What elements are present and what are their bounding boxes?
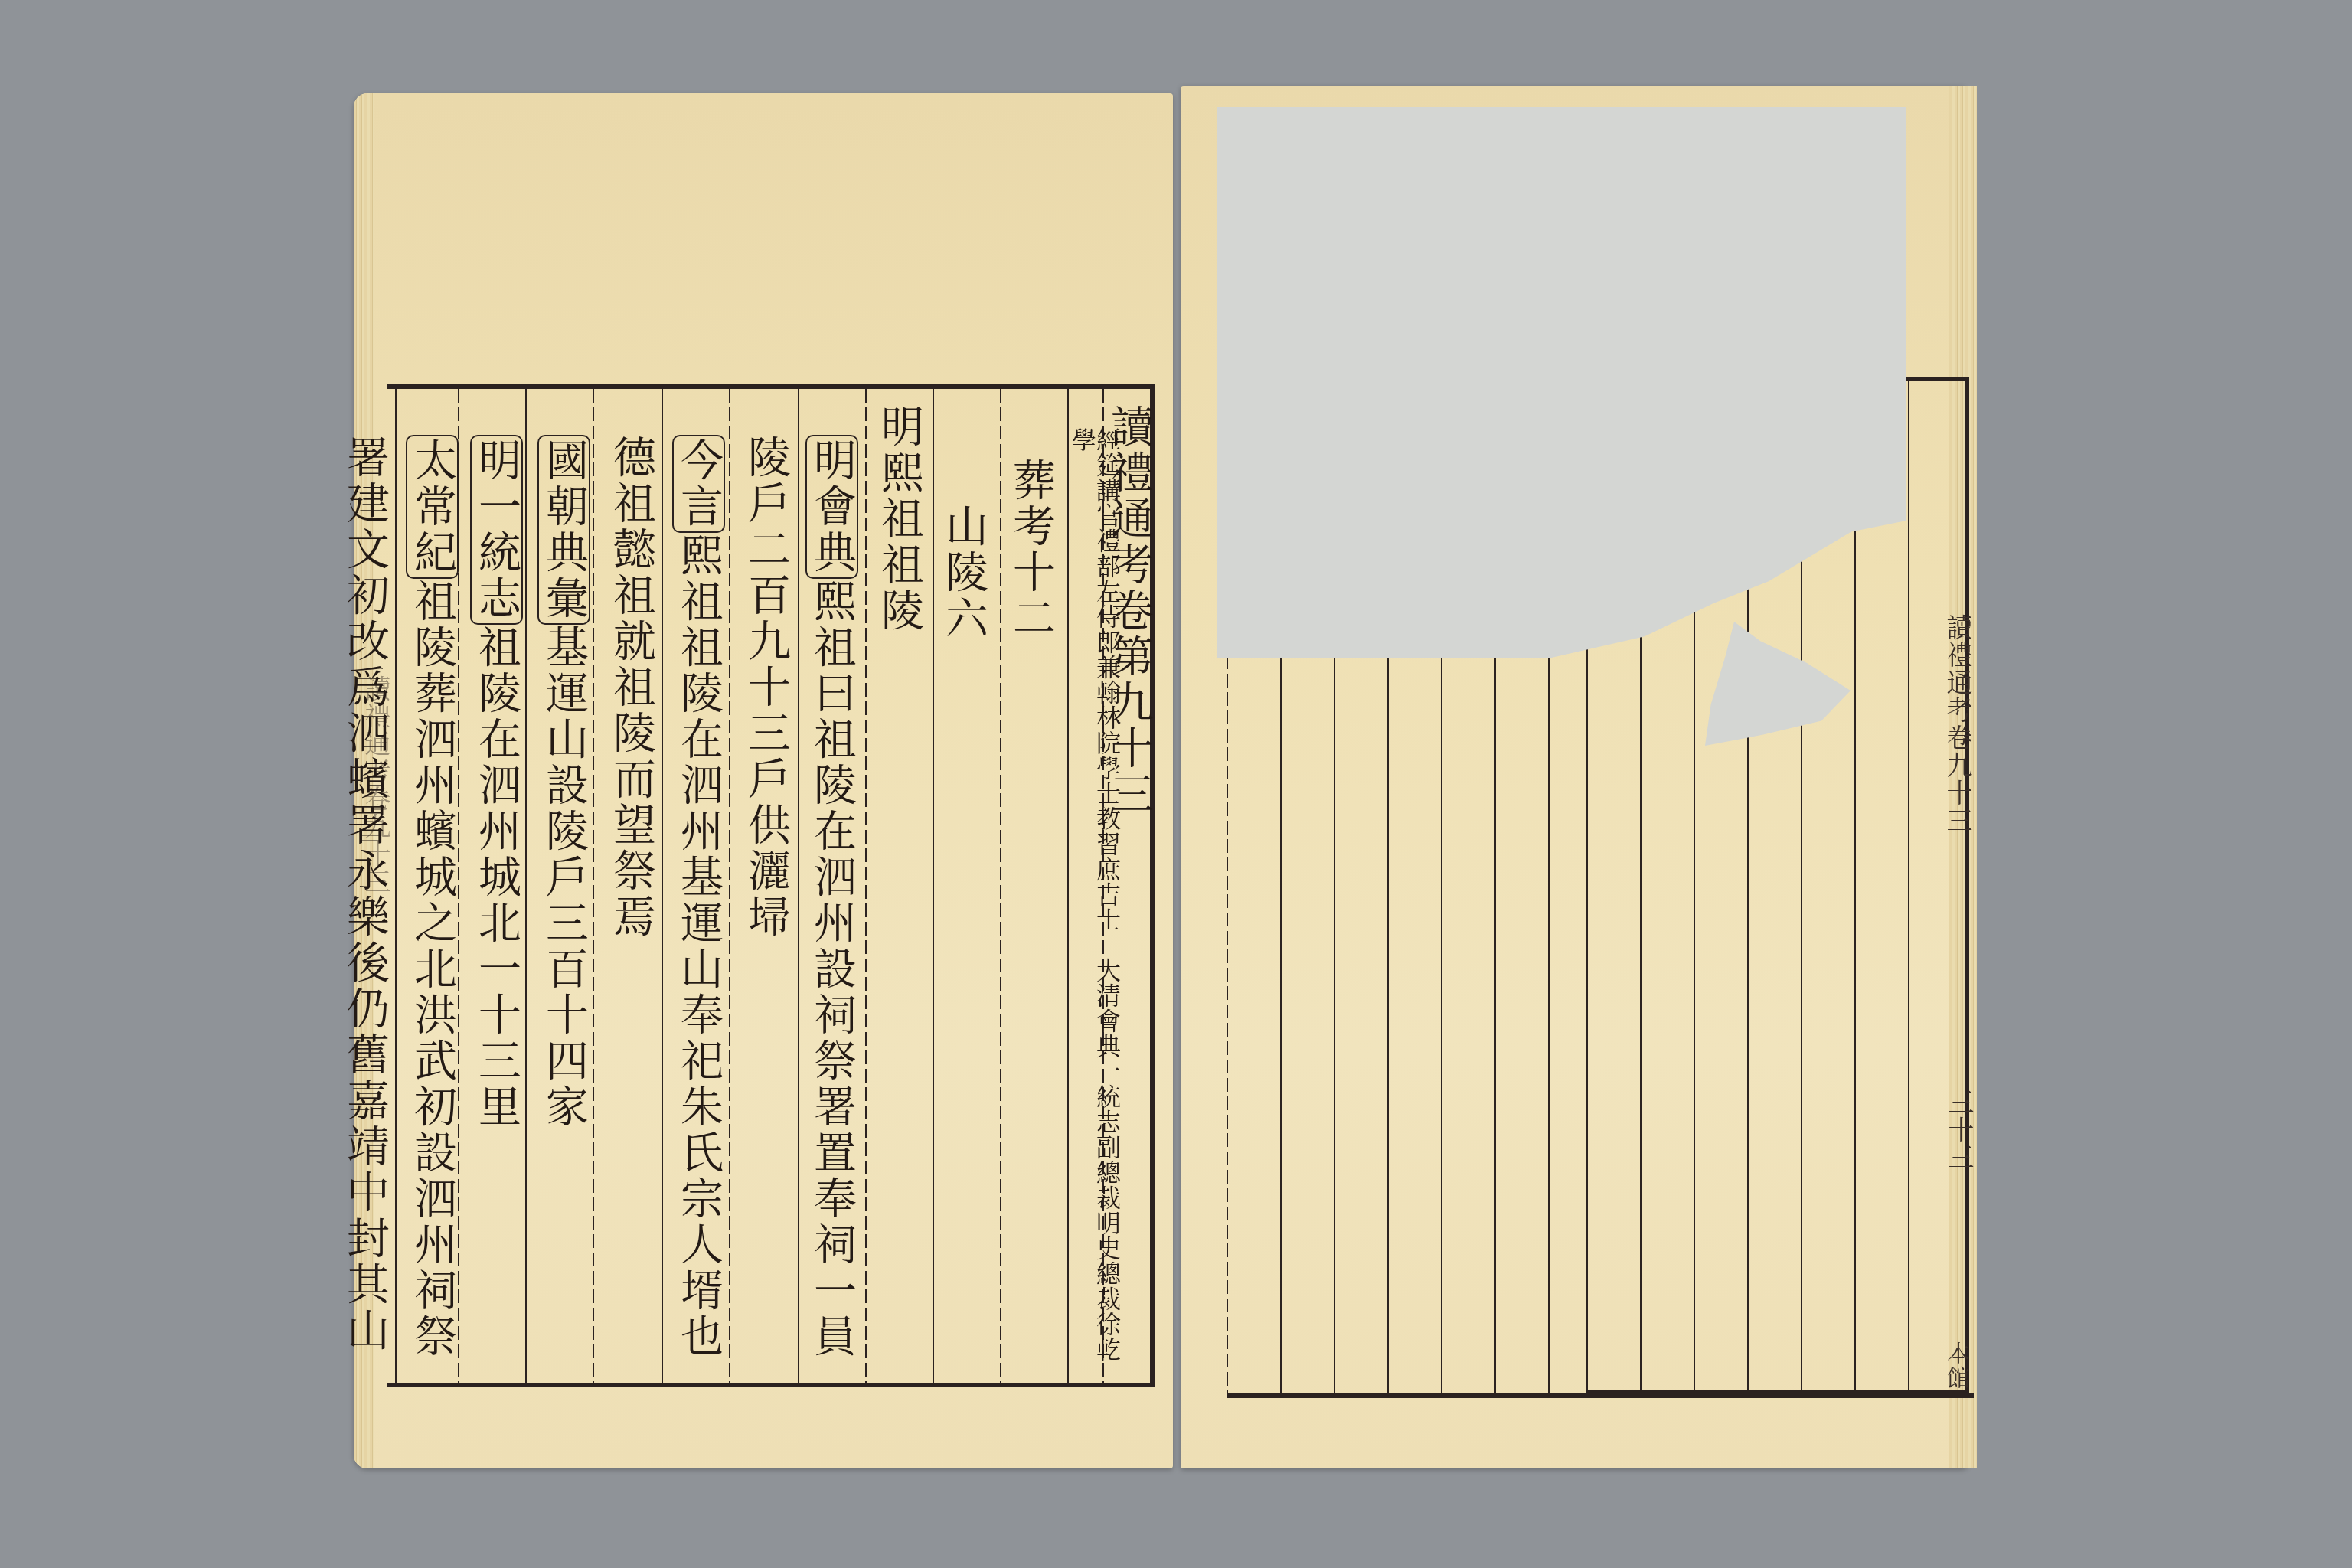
text-frame: 讀禮通考卷第九十三 經筵講官禮部左侍郎兼翰林院學士教習庶吉士 大清會典一統志副總… bbox=[387, 384, 1155, 1387]
section-title: 葬考十二 bbox=[1009, 458, 1052, 642]
source-citation: 明一統志 bbox=[470, 435, 523, 625]
text-column: 署建文初改爲泗蠙署永樂後仍舊嘉靖中封其山 bbox=[343, 435, 386, 1354]
text-column: 今言熙祖祖陵在泗州基運山奉祀朱氏宗人壻也 bbox=[677, 435, 720, 1360]
text-column: 陵戶二百九十三戶供灑埽 bbox=[744, 435, 787, 940]
text-column: 國朝典彙基運山設陵戶三百十四家 bbox=[542, 435, 585, 1130]
fore-edge-label: 讀禮通考卷九十三 bbox=[1939, 614, 1976, 835]
bottom-border bbox=[1227, 1393, 1974, 1398]
author-line: 經筵講官禮部左侍郎兼翰林院學士教習庶吉士 大清會典一統志副總裁明史總裁徐乾學 bbox=[1070, 427, 1119, 1383]
text-column: 太常紀祖陵葬泗州蠙城之北洪武初設泗州祠祭 bbox=[410, 435, 453, 1360]
page-number: 三十三 bbox=[1940, 1089, 1978, 1171]
entry-heading: 明熙祖祖陵 bbox=[877, 404, 920, 634]
source-citation: 太常紀 bbox=[406, 435, 459, 579]
source-citation: 明會典 bbox=[805, 435, 858, 579]
source-citation: 今言 bbox=[672, 435, 725, 533]
text-column: 明會典熙祖曰祖陵在泗州設祠祭署置奉祠一員 bbox=[810, 435, 853, 1360]
text-column: 德祖懿祖就祖陵而望祭焉 bbox=[609, 435, 652, 940]
source-citation: 國朝典彙 bbox=[537, 435, 590, 625]
right-page: 讀禮通考卷九十三 三十三 本館 bbox=[1181, 86, 1969, 1468]
text-column: 明一統志祖陵在泗州城北一十三里 bbox=[475, 435, 518, 1130]
bottom-mark: 本館 bbox=[1939, 1341, 1972, 1390]
subsection-title: 山陵六 bbox=[942, 504, 985, 642]
left-page: 讀禮通考卷九十三 讀禮通考卷第九十三 經筵講官禮部左侍郎兼翰林院學士教習庶吉士 … bbox=[354, 93, 1173, 1468]
